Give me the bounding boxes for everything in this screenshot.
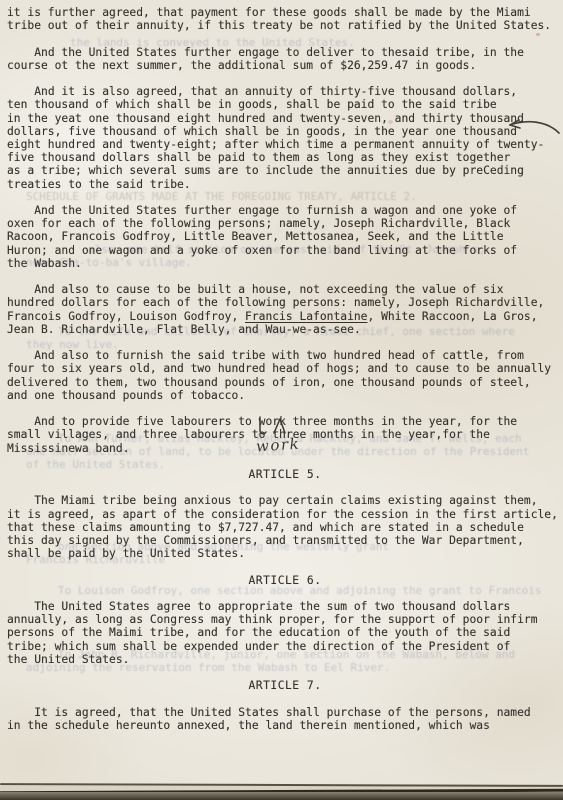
paragraph-claims: The Miami tribe being anxious to pay cer…	[7, 494, 563, 560]
heading-article-7: ARTICLE 7.	[7, 679, 563, 692]
heading-article-6: ARTICLE 6.	[7, 574, 563, 587]
paragraph-annuity-terms: And it is also agreed, that an annuity o…	[7, 85, 563, 191]
paragraph-payment-clause: it is further agreed, that payment for t…	[7, 6, 563, 32]
scan-background	[0, 792, 563, 800]
paragraph-houses-grantees: And also to cause to be built a house, n…	[7, 283, 563, 336]
paragraph-additional-goods: And the United States further engage to …	[7, 46, 563, 72]
paragraph-appropriation: The United States agree to appropriate t…	[7, 600, 563, 666]
handwritten-margin-arrow-icon	[505, 112, 563, 142]
paper-speck	[388, 120, 393, 124]
paragraph-wagon-oxen: And the United States further engage to …	[7, 204, 563, 270]
paragraph-cattle-iron-steel: And also to furnish the said tribe with …	[7, 349, 563, 402]
underlined-name-francis-lafontaine: Francis Lafontaine	[245, 310, 367, 323]
typewritten-text-block: it is further agreed, that payment for t…	[7, 6, 563, 745]
paragraph-land-purchase: It is agreed, that the United States sha…	[7, 706, 563, 732]
handwritten-word-work: work	[255, 434, 300, 455]
heading-article-5: ARTICLE 5.	[7, 468, 563, 481]
document-page: the lands is conveyed to the United Stat…	[0, 0, 563, 800]
paper-speck	[536, 33, 540, 36]
